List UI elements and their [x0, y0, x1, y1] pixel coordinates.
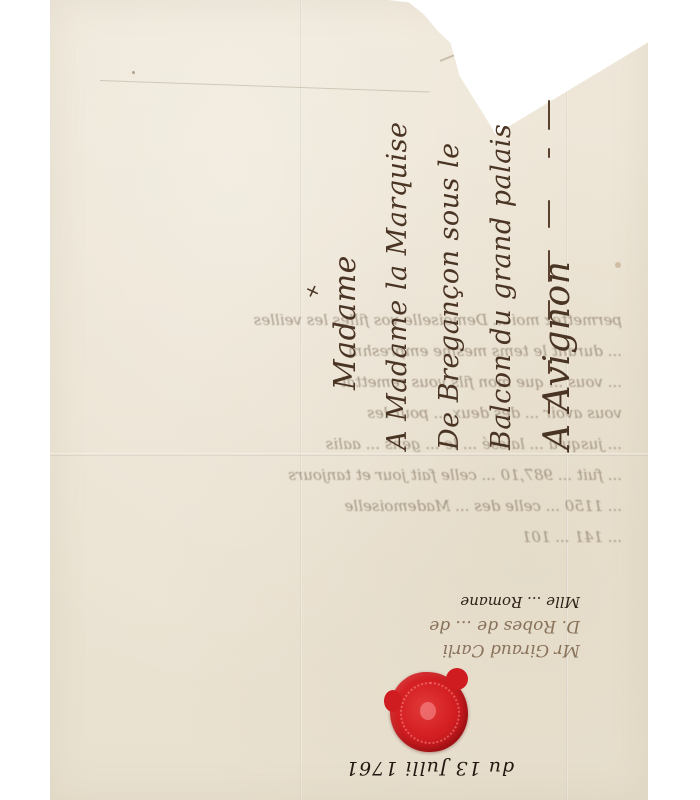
date-note: du 13 Julli 1761	[345, 757, 514, 779]
bleed-line: ... 1150 ... celle des ... Mademoiselle	[62, 491, 622, 522]
address-city: A Avignon	[528, 140, 588, 460]
dash	[548, 360, 550, 374]
ink-spot	[518, 34, 523, 39]
address-salutation: Madame	[320, 140, 372, 460]
dash	[548, 148, 550, 158]
seal-emblem-center	[420, 702, 436, 720]
address-family: De Bregançon sous le	[424, 140, 476, 460]
inverted-note-line: Mr Giraud Carli	[300, 638, 580, 662]
dash	[548, 400, 550, 414]
address-recipient: A Madame la Marquise	[372, 140, 424, 460]
dash	[548, 200, 550, 228]
wax-seal	[390, 672, 468, 752]
dash	[548, 300, 550, 320]
inverted-notes: Mr Giraud Carli D. Robes de ... de Mlle …	[300, 590, 580, 662]
top-crease	[100, 80, 430, 93]
address-location: Balcon du grand palais	[476, 140, 528, 460]
dash-marks	[548, 100, 552, 460]
foxing-spot	[615, 262, 621, 268]
dash	[548, 100, 550, 130]
bleed-line: ... fuit ... 987,10 ... celle fait jour …	[62, 460, 622, 491]
bleed-line: ... 141 ... 101	[62, 522, 622, 553]
ink-spot	[132, 71, 135, 74]
inverted-note-line: D. Robes de ... de	[300, 614, 580, 638]
document-canvas: permettez moi ... Demoiselle vos filles …	[0, 0, 700, 800]
corner-crease	[440, 0, 673, 62]
seal-lobe	[446, 668, 468, 690]
inverted-note-line: Mlle ... Romane	[300, 590, 580, 614]
dash	[548, 250, 550, 282]
